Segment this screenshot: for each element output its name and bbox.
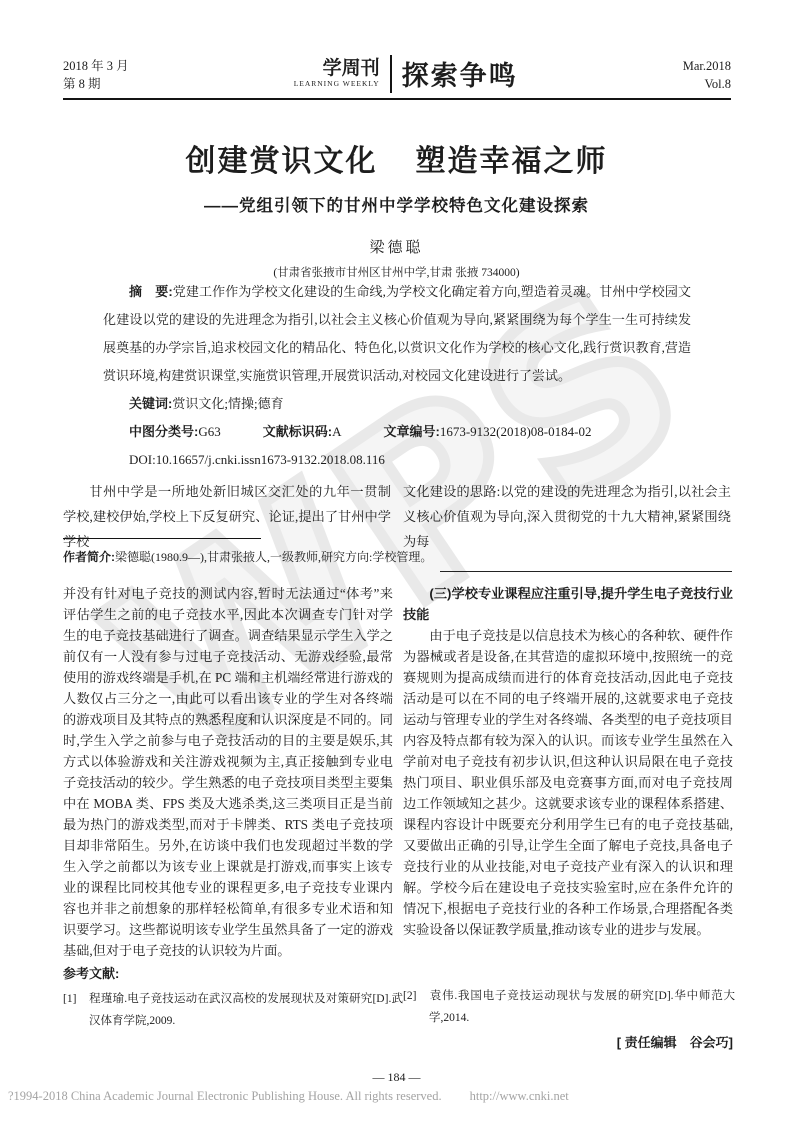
body-left-paragraph: 并没有针对电子竞技的测试内容,暂时无法通过“体考”来评估学生之前的电子竞技水平,… [63, 583, 393, 961]
journal-name: 学周刊 LEARNING WEEKLY [294, 59, 380, 89]
issue-info-left: 2018 年 3 月 第 8 期 [63, 57, 129, 93]
clc-pair: 中图分类号:G63 [129, 424, 221, 439]
journal-header: 2018 年 3 月 第 8 期 学周刊 LEARNING WEEKLY 探索争… [63, 50, 731, 100]
copyright-text: ?1994-2018 China Academic Journal Electr… [8, 1089, 442, 1103]
author-name: 梁德聪 [0, 236, 793, 257]
body-right-column: (三)学校专业课程应注重引导,提升学生电子竞技行业技能 由于电子竞技是以信息技术… [403, 583, 733, 940]
keywords-line: 关键词:赏识文化;情操;德育 [103, 390, 691, 418]
journal-page: WPS 2018 年 3 月 第 8 期 学周刊 LEARNING WEEKLY… [0, 0, 793, 1122]
section-heading: (三)学校专业课程应注重引导,提升学生电子竞技行业技能 [403, 583, 733, 625]
clc-label: 中图分类号: [129, 424, 198, 439]
keywords-label: 关键词: [129, 396, 172, 411]
intro-left-column: 甘州中学是一所地处新旧城区交汇处的九年一贯制学校,建校伊始,学校上下反复研究、论… [63, 479, 391, 554]
intro-left-paragraph: 甘州中学是一所地处新旧城区交汇处的九年一贯制学校,建校伊始,学校上下反复研究、论… [63, 479, 391, 554]
classification-line: 中图分类号:G63文献标识码:A文章编号:1673-9132(2018)08-0… [103, 418, 691, 446]
article-id-label: 文章编号: [383, 424, 439, 439]
author-bio-text: 梁德聪(1980.9—),甘肃张掖人,一级教师,研究方向:学校管理。 [115, 550, 432, 564]
body-right-paragraph: 由于电子竞技是以信息技术为核心的各种软、硬件作为器械或者是设备,在其营造的虚拟环… [403, 625, 733, 940]
body-left-column: 并没有针对电子竞技的测试内容,暂时无法通过“体考”来评估学生之前的电子竞技水平,… [63, 583, 393, 961]
keywords-text: 赏识文化;情操;德育 [172, 396, 283, 411]
article-title-block: 创建赏识文化塑造幸福之师 ——党组引领下的甘州中学学校特色文化建设探索 梁德聪 … [0, 136, 793, 280]
section-title: 探索争鸣 [402, 54, 518, 93]
responsible-editor-note: [ 责任编辑 谷会巧] [403, 1032, 733, 1051]
doc-code-pair: 文献标识码:A [263, 424, 342, 439]
article-id-value: 1673-9132(2018)08-0184-02 [440, 424, 592, 439]
article-id-pair: 文章编号:1673-9132(2018)08-0184-02 [383, 424, 591, 439]
reference-1-number: [1] [63, 988, 89, 1010]
page-number: — 184 — [0, 1070, 793, 1085]
article-boundary-rule [440, 571, 732, 572]
article-title-part1: 创建赏识文化 [186, 145, 378, 178]
article-subtitle: ——党组引领下的甘州中学学校特色文化建设探索 [0, 192, 793, 216]
issue-number-cn: 第 8 期 [63, 75, 129, 93]
reference-item-2: [2]袁伟.我国电子竞技运动现状与发展的研究[D].华中师范大学,2014. [403, 985, 735, 1029]
footnote-rule [63, 538, 261, 539]
abstract-block: 摘 要:党建工作作为学校文化建设的生命线,为学校文化确定着方向,塑造着灵魂。甘州… [103, 278, 691, 474]
masthead-divider [390, 55, 392, 93]
abstract-text: 党建工作作为学校文化建设的生命线,为学校文化确定着方向,塑造着灵魂。甘州中学校园… [103, 284, 691, 383]
issue-date-en: Mar.2018 [683, 57, 731, 75]
author-bio-label: 作者简介: [63, 550, 115, 564]
doc-code-value: A [332, 424, 341, 439]
reference-item-1: [1]程瑾瑜.电子竞技运动在武汉高校的发展现状及对策研究[D].武汉体育学院,2… [63, 988, 403, 1032]
issue-volume-en: Vol.8 [683, 75, 731, 93]
abstract-paragraph: 摘 要:党建工作作为学校文化建设的生命线,为学校文化确定着方向,塑造着灵魂。甘州… [103, 278, 691, 390]
reference-2-text: 袁伟.我国电子竞技运动现状与发展的研究[D].华中师范大学,2014. [429, 990, 735, 1024]
intro-right-paragraph: 文化建设的思路:以党的建设的先进理念为指引,以社会主义核心价值观为导向,深入贯彻… [403, 479, 731, 554]
references-title: 参考文献: [63, 963, 119, 982]
intro-right-column: 文化建设的思路:以党的建设的先进理念为指引,以社会主义核心价值观为导向,深入贯彻… [403, 479, 731, 554]
abstract-label: 摘 要: [129, 284, 173, 299]
copyright-url: http://www.cnki.net [470, 1089, 569, 1103]
doc-code-label: 文献标识码: [263, 424, 332, 439]
clc-value: G63 [198, 424, 220, 439]
journal-name-en: LEARNING WEEKLY [294, 79, 380, 89]
copyright-line: ?1994-2018 China Academic Journal Electr… [8, 1089, 569, 1104]
article-title: 创建赏识文化塑造幸福之师 [0, 136, 793, 180]
reference-2-number: [2] [403, 985, 429, 1007]
issue-date-cn: 2018 年 3 月 [63, 57, 129, 75]
journal-masthead: 学周刊 LEARNING WEEKLY 探索争鸣 [294, 54, 518, 93]
author-bio-footnote: 作者简介:梁德聪(1980.9—),甘肃张掖人,一级教师,研究方向:学校管理。 [63, 548, 483, 567]
doi-line: DOI:10.16657/j.cnki.issn1673-9132.2018.0… [103, 446, 691, 474]
issue-info-right: Mar.2018 Vol.8 [683, 57, 731, 93]
reference-1-text: 程瑾瑜.电子竞技运动在武汉高校的发展现状及对策研究[D].武汉体育学院,2009… [89, 993, 403, 1027]
article-title-part2: 塑造幸福之师 [416, 145, 608, 178]
journal-name-cn: 学周刊 [294, 59, 380, 79]
